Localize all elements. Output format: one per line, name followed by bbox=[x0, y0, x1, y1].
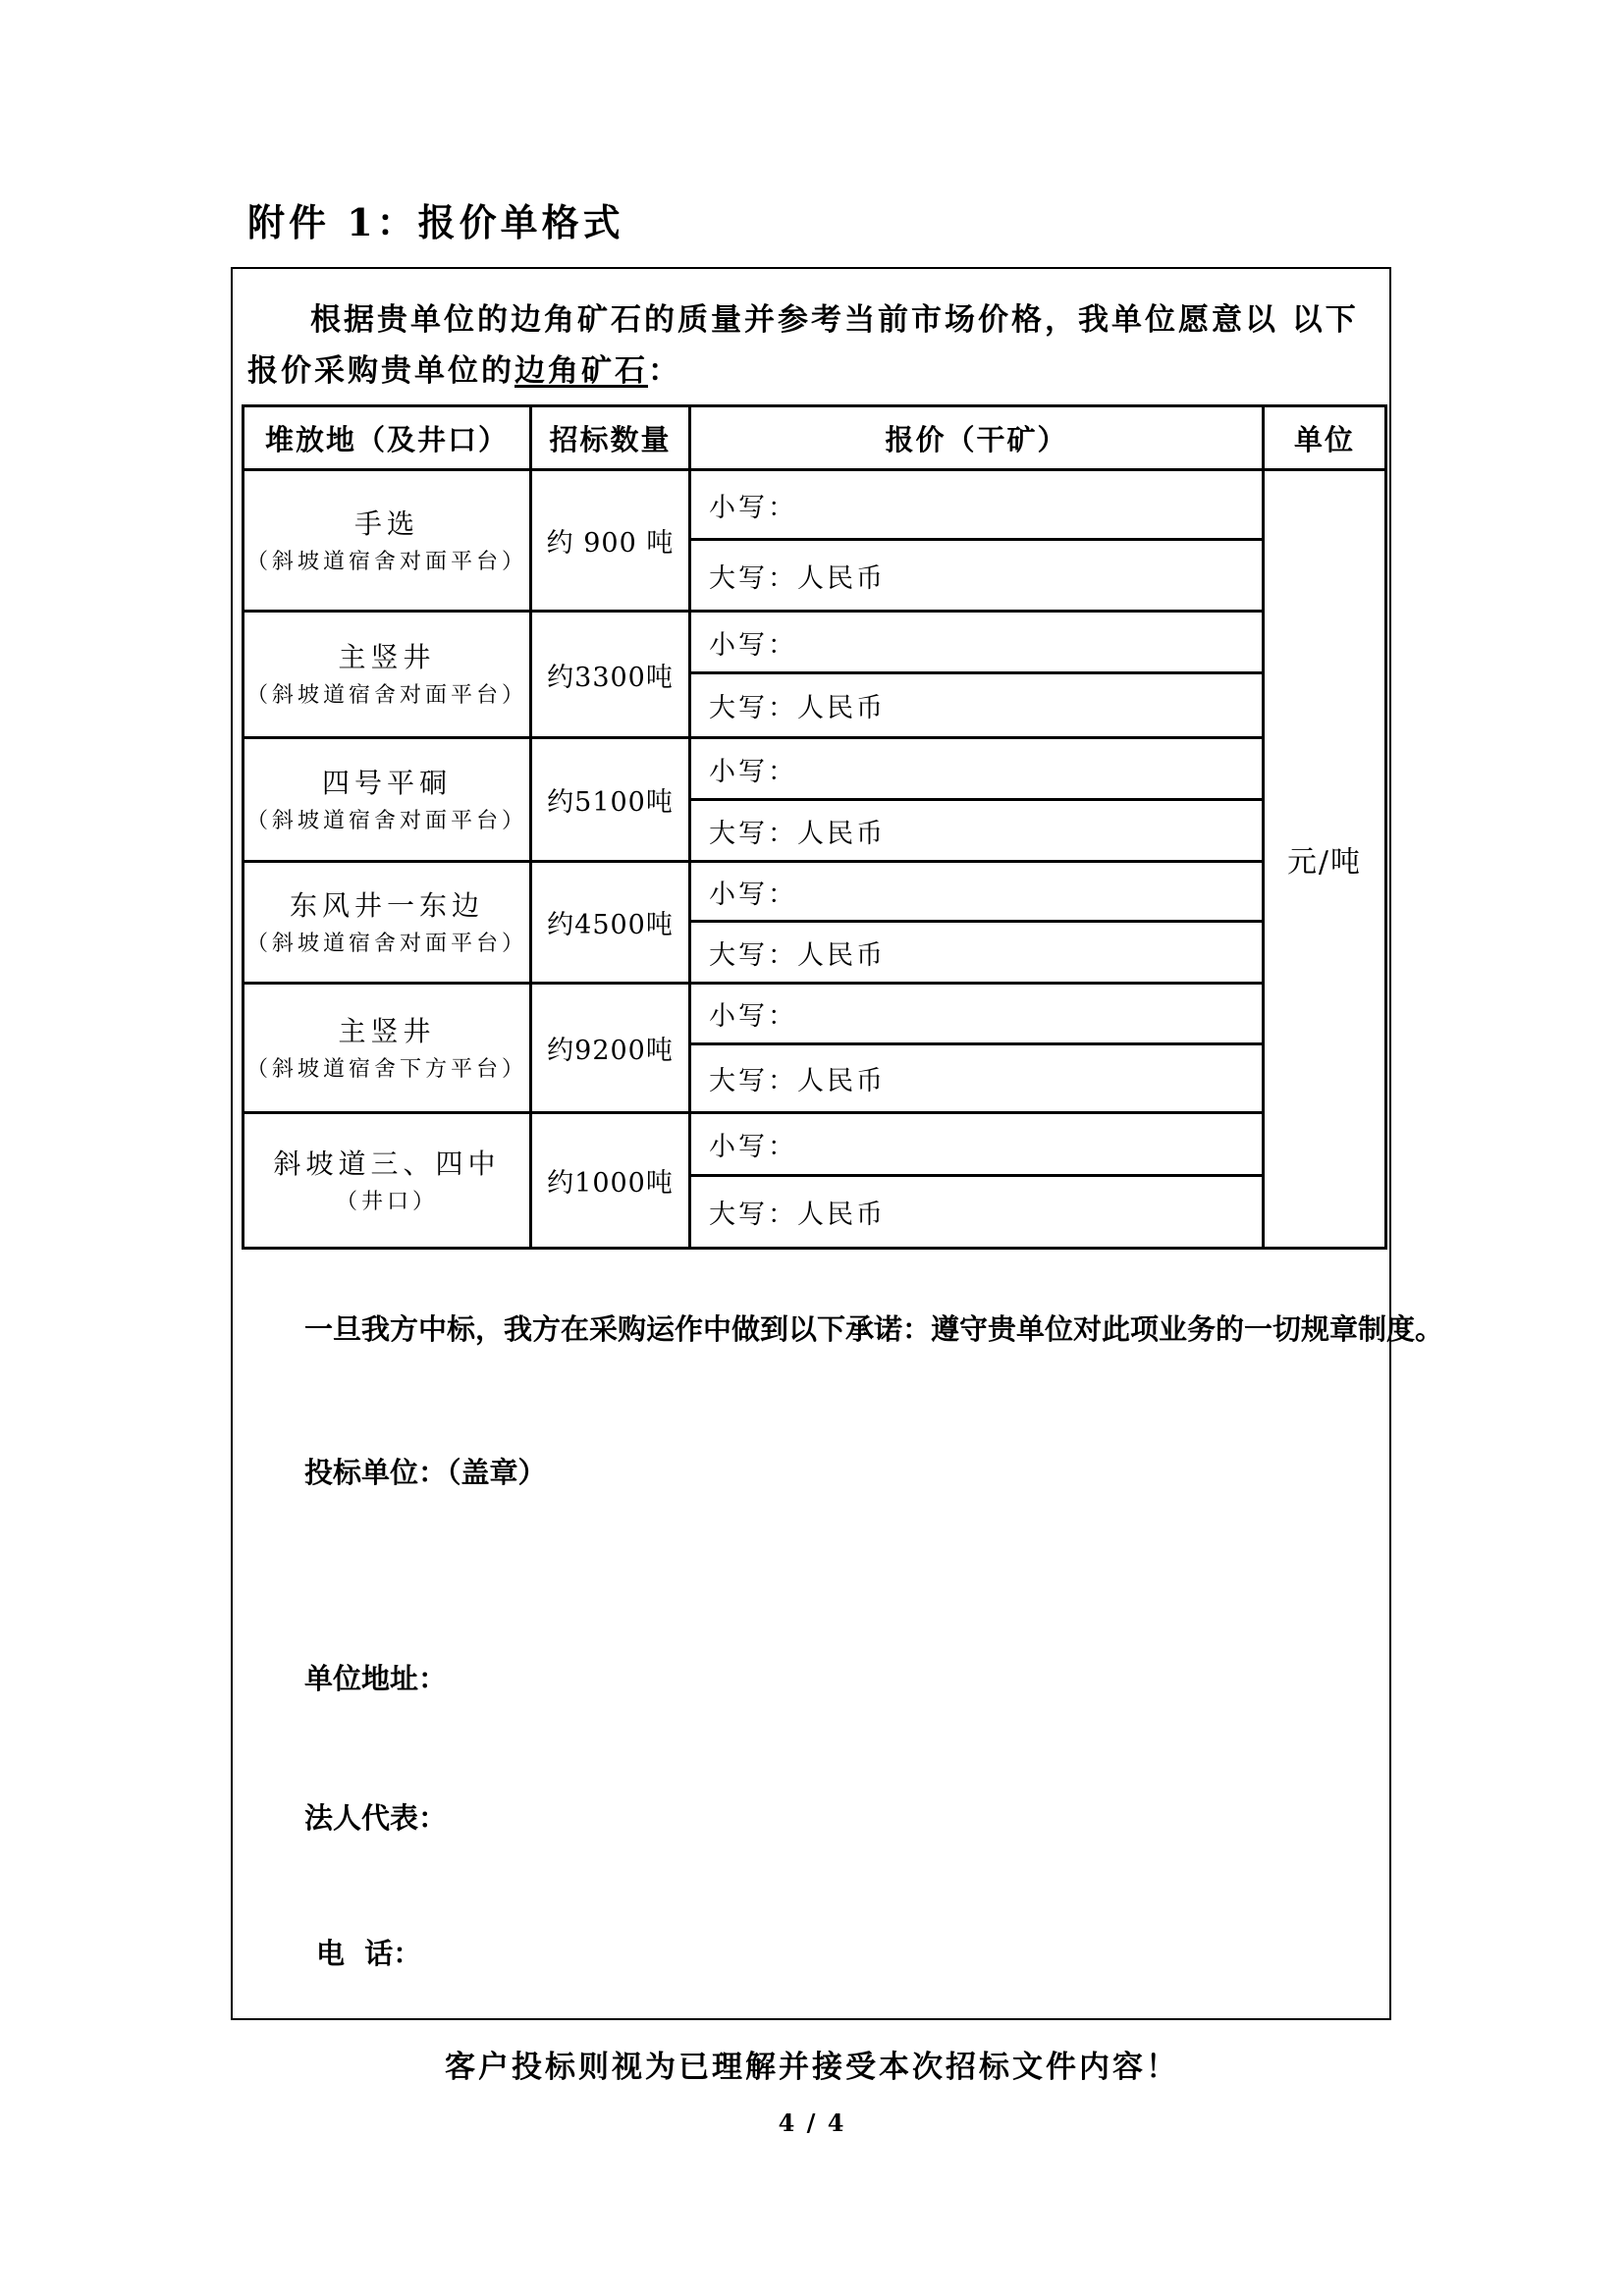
location-cell: 主竖井 （斜坡道宿舍下方平台） bbox=[244, 984, 531, 1113]
location-name: 主竖井 bbox=[244, 636, 529, 679]
price-upper-field[interactable]: 大写：人民币 bbox=[690, 1176, 1264, 1249]
price-lower-field[interactable]: 小写： bbox=[690, 1113, 1264, 1176]
header-unit: 单位 bbox=[1264, 406, 1386, 470]
location-cell: 斜坡道三、四中 （井口） bbox=[244, 1113, 531, 1249]
intro-paragraph: 根据贵单位的边角矿石的质量并参考当前市场价格，我单位愿意以 以下报价采购贵单位的… bbox=[247, 294, 1386, 397]
address-label: 单位地址： bbox=[304, 1657, 447, 1697]
location-detail: （斜坡道宿舍对面平台） bbox=[244, 679, 529, 713]
header-price: 报价（干矿） bbox=[690, 406, 1264, 470]
price-upper-field[interactable]: 大写：人民币 bbox=[690, 1044, 1264, 1113]
location-detail: （斜坡道宿舍对面平台） bbox=[244, 546, 529, 579]
price-upper-field[interactable]: 大写：人民币 bbox=[690, 540, 1264, 612]
table-row: 斜坡道三、四中 （井口） 约1000吨 小写： bbox=[244, 1113, 1386, 1176]
header-location: 堆放地（及井口） bbox=[244, 406, 531, 470]
table-row: 四号平硐 （斜坡道宿舍对面平台） 约5100吨 小写： bbox=[244, 738, 1386, 800]
intro-underlined-text: 边角矿石 bbox=[514, 353, 648, 389]
quantity-cell: 约1000吨 bbox=[531, 1113, 690, 1249]
table-row: 主竖井 （斜坡道宿舍对面平台） 约3300吨 小写： bbox=[244, 612, 1386, 673]
price-lower-field[interactable]: 小写： bbox=[690, 612, 1264, 673]
header-quantity: 招标数量 bbox=[531, 406, 690, 470]
unit-cell: 元/吨 bbox=[1264, 470, 1386, 1249]
table-row: 手选 （斜坡道宿舍对面平台） 约 900 吨 小写： 元/吨 bbox=[244, 470, 1386, 540]
quantity-cell: 约3300吨 bbox=[531, 612, 690, 738]
page-title: 附件 1：报价单格式 bbox=[247, 192, 624, 246]
page-number: 4 / 4 bbox=[0, 2109, 1624, 2137]
quantity-cell: 约4500吨 bbox=[531, 862, 690, 984]
quantity-cell: 约9200吨 bbox=[531, 984, 690, 1113]
table-header-row: 堆放地（及井口） 招标数量 报价（干矿） 单位 bbox=[244, 406, 1386, 470]
legal-rep-label: 法人代表： bbox=[304, 1796, 447, 1837]
price-lower-field[interactable]: 小写： bbox=[690, 470, 1264, 540]
location-cell: 东风井一东边 （斜坡道宿舍对面平台） bbox=[244, 862, 531, 984]
location-name: 手选 bbox=[244, 503, 529, 546]
table-row: 主竖井 （斜坡道宿舍下方平台） 约9200吨 小写： bbox=[244, 984, 1386, 1044]
location-cell: 手选 （斜坡道宿舍对面平台） bbox=[244, 470, 531, 612]
location-name: 四号平硐 bbox=[244, 762, 529, 805]
price-lower-field[interactable]: 小写： bbox=[690, 862, 1264, 922]
location-name: 东风井一东边 bbox=[244, 884, 529, 928]
price-lower-field[interactable]: 小写： bbox=[690, 984, 1264, 1044]
price-lower-field[interactable]: 小写： bbox=[690, 738, 1264, 800]
location-detail: （井口） bbox=[244, 1186, 529, 1219]
phone-label: 电 话： bbox=[316, 1932, 421, 1972]
pledge-statement: 一旦我方中标，我方在采购运作中做到以下承诺：遵守贵单位对此项业务的一切规章制度。 bbox=[304, 1308, 1443, 1348]
quantity-cell: 约5100吨 bbox=[531, 738, 690, 862]
intro-text: 根据贵单位的边角矿石的质量并参考当前市场价格，我单位愿意以 以下报价采购贵单位的 bbox=[247, 302, 1359, 389]
location-name: 主竖井 bbox=[244, 1010, 529, 1053]
location-detail: （斜坡道宿舍下方平台） bbox=[244, 1053, 529, 1087]
location-cell: 四号平硐 （斜坡道宿舍对面平台） bbox=[244, 738, 531, 862]
quantity-cell: 约 900 吨 bbox=[531, 470, 690, 612]
quote-table: 堆放地（及井口） 招标数量 报价（干矿） 单位 手选 （斜坡道宿舍对面平台） 约… bbox=[242, 404, 1387, 1250]
location-name: 斜坡道三、四中 bbox=[244, 1143, 529, 1186]
price-upper-field[interactable]: 大写：人民币 bbox=[690, 922, 1264, 984]
table-row: 东风井一东边 （斜坡道宿舍对面平台） 约4500吨 小写： bbox=[244, 862, 1386, 922]
intro-text-end: ： bbox=[648, 353, 681, 389]
price-upper-field[interactable]: 大写：人民币 bbox=[690, 673, 1264, 738]
location-cell: 主竖井 （斜坡道宿舍对面平台） bbox=[244, 612, 531, 738]
location-detail: （斜坡道宿舍对面平台） bbox=[244, 928, 529, 961]
price-upper-field[interactable]: 大写：人民币 bbox=[690, 800, 1264, 862]
location-detail: （斜坡道宿舍对面平台） bbox=[244, 805, 529, 838]
bidding-notice: 客户投标则视为已理解并接受本次招标文件内容！ bbox=[0, 2042, 1624, 2086]
bidder-label: 投标单位：（盖章） bbox=[304, 1451, 547, 1491]
